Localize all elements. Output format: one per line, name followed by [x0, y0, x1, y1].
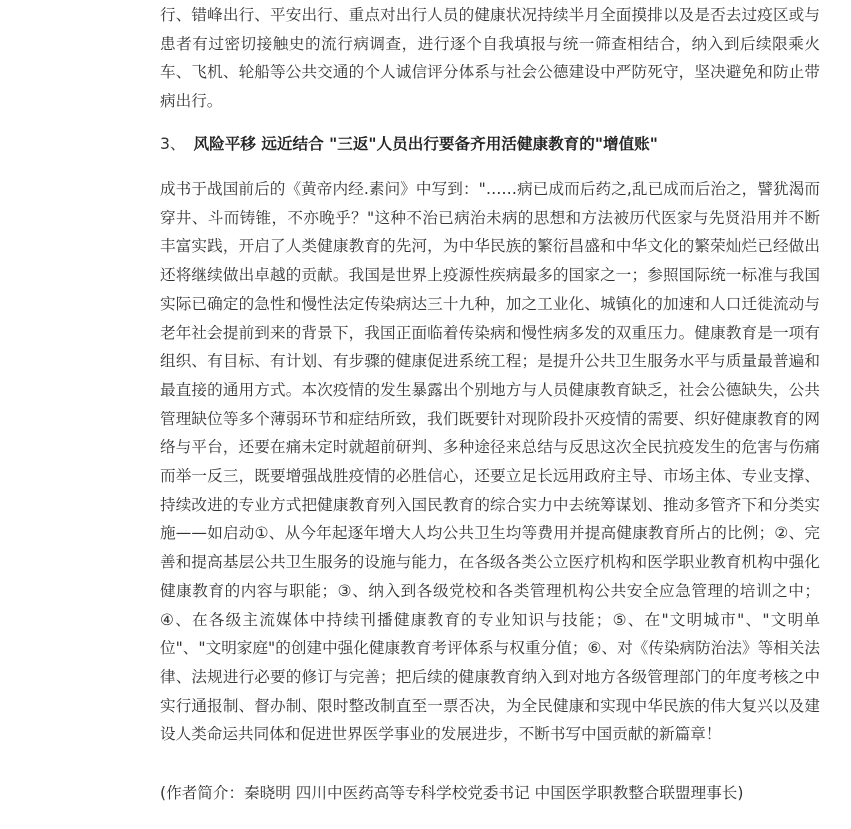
paragraph-continued: 行、错峰出行、平安出行、重点对出行人员的健康状况持续半月全面摸排以及是否去过疫区…: [160, 1, 820, 116]
section-number: 3、: [160, 135, 186, 153]
paragraph-main: 成书于战国前后的《黄帝内经.素问》中写到："……病已成而后药之,乱已成而后治之，…: [160, 175, 820, 749]
section-heading: 3、风险平移 远近结合 "三返"人员出行要备齐用活健康教育的"增值账": [160, 130, 820, 159]
author-note: (作者简介：秦晓明 四川中医药高等专科学校党委书记 中国医学职教整合联盟理事长): [160, 779, 820, 808]
section-title: 风险平移 远近结合 "三返"人员出行要备齐用活健康教育的"增值账": [194, 135, 658, 153]
